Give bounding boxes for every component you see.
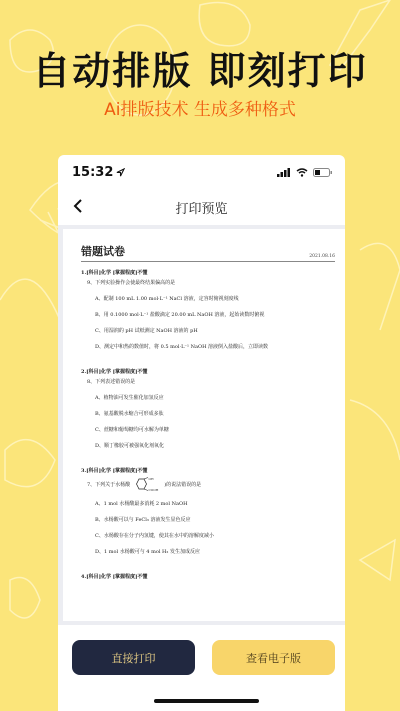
question-block: 2.[科目]化学 [掌握程度]不懂 8、下列表述错误的是 A、植物油可发生催化加… [81, 368, 335, 449]
status-bar: 15:32 [58, 155, 345, 189]
salicylic-acid-structure-icon: OH COOH [133, 477, 161, 491]
status-time: 15:32 [72, 165, 113, 180]
chevron-left-icon [72, 196, 84, 216]
signal-icon [277, 168, 291, 177]
question-block: 1.[科目]化学 [掌握程度]不懂 9、下列实验操作会使最终结果偏高的是 A、配… [81, 269, 335, 350]
wifi-icon [296, 168, 308, 177]
battery-icon [313, 168, 333, 177]
direct-print-button[interactable]: 直接打印 [72, 640, 195, 675]
bottom-action-bar: 直接打印 查看电子版 [58, 625, 345, 711]
nav-bar: 打印预览 [58, 189, 345, 225]
phone-screen: 15:32 打印预览 错题试卷 2021.08.16 1.[科目]化学 [掌握程… [58, 155, 345, 711]
document-date: 2021.08.16 [309, 254, 335, 259]
document-page: 错题试卷 2021.08.16 1.[科目]化学 [掌握程度]不懂 9、下列实验… [63, 229, 345, 621]
view-ebook-button[interactable]: 查看电子版 [212, 640, 335, 675]
promo-subheadline: Ai排版技术 生成多种格式 [0, 95, 400, 120]
question-block: 4.[科目]化学 [掌握程度]不懂 [81, 573, 335, 580]
home-indicator [154, 699, 259, 703]
back-button[interactable] [72, 196, 92, 218]
page-title: 打印预览 [175, 198, 227, 217]
promo-headline: 自动排版 即刻打印 [0, 40, 400, 95]
print-preview-area[interactable]: 错题试卷 2021.08.16 1.[科目]化学 [掌握程度]不懂 9、下列实验… [58, 225, 345, 625]
svg-text:OH: OH [149, 477, 154, 481]
document-title: 错题试卷 [81, 243, 125, 259]
location-arrow-icon [116, 168, 125, 177]
question-block: 3.[科目]化学 [掌握程度]不懂 7、下列关于水杨酸 OH COOH )的说法… [81, 467, 335, 555]
svg-text:COOH: COOH [149, 488, 159, 491]
